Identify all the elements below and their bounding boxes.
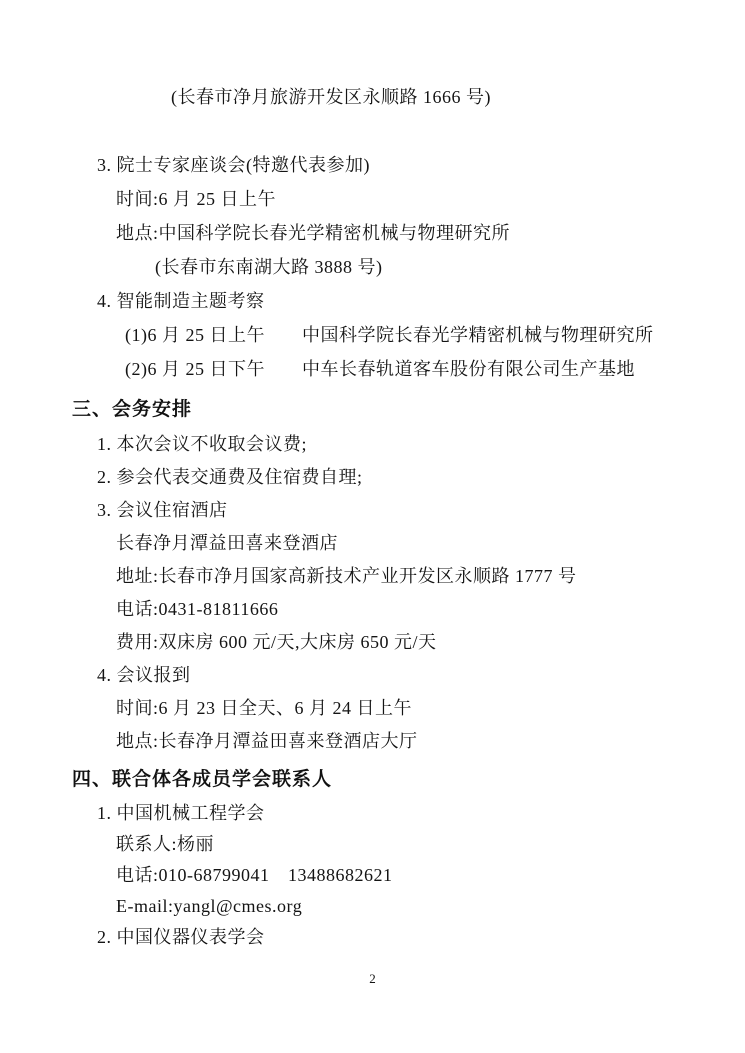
agenda-item-3-title: 3. 院士专家座谈会(特邀代表参加) xyxy=(75,148,690,182)
hotel-name: 长春净月潭益田喜来登酒店 xyxy=(75,527,690,560)
society-1-phone: 电话:010-68799041 13488682621 xyxy=(75,860,690,891)
agenda-item-4-visit-2: (2)6 月 25 日下午 中车长春轨道客车股份有限公司生产基地 xyxy=(75,352,690,386)
page-number: 2 xyxy=(0,971,745,987)
agenda-section: (长春市净月旅游开发区永顺路 1666 号) 3. 院士专家座谈会(特邀代表参加… xyxy=(75,80,690,386)
page-body: (长春市净月旅游开发区永顺路 1666 号) 3. 院士专家座谈会(特邀代表参加… xyxy=(75,80,690,953)
document-page: (长春市净月旅游开发区永顺路 1666 号) 3. 院士专家座谈会(特邀代表参加… xyxy=(0,0,745,1053)
hotel-phone: 电话:0431-81811666 xyxy=(75,593,690,626)
checkin-place: 地点:长春净月潭益田喜来登酒店大厅 xyxy=(75,725,690,758)
section-4-heading: 四、联合体各成员学会联系人 xyxy=(72,762,690,798)
agenda-item-4-title: 4. 智能制造主题考察 xyxy=(75,284,690,318)
section-3-heading: 三、会务安排 xyxy=(72,392,690,428)
hotel-rates: 费用:双床房 600 元/天,大床房 650 元/天 xyxy=(75,626,690,659)
agenda-item-3-place: 地点:中国科学院长春光学精密机械与物理研究所 xyxy=(75,216,690,250)
agenda-item-3-place-address: (长春市东南湖大路 3888 号) xyxy=(75,250,690,284)
hotel-item-title: 3. 会议住宿酒店 xyxy=(75,494,690,527)
society-1-email: E-mail:yangl@cmes.org xyxy=(75,891,690,922)
venue-address-continuation: (长春市净月旅游开发区永顺路 1666 号) xyxy=(75,80,690,114)
checkin-time: 时间:6 月 23 日全天、6 月 24 日上午 xyxy=(75,692,690,725)
blank-line xyxy=(75,114,690,148)
society-2-name: 2. 中国仪器仪表学会 xyxy=(75,922,690,953)
no-fee-note: 1. 本次会议不收取会议费; xyxy=(75,428,690,461)
agenda-item-4-visit-1: (1)6 月 25 日上午 中国科学院长春光学精密机械与物理研究所 xyxy=(75,318,690,352)
section-meeting-arrangements: 三、会务安排 1. 本次会议不收取会议费; 2. 参会代表交通费及住宿费自理; … xyxy=(75,392,690,758)
travel-expense-note: 2. 参会代表交通费及住宿费自理; xyxy=(75,461,690,494)
section-member-society-contacts: 四、联合体各成员学会联系人 1. 中国机械工程学会 联系人:杨丽 电话:010-… xyxy=(75,762,690,953)
agenda-item-3-time: 时间:6 月 25 日上午 xyxy=(75,182,690,216)
hotel-address: 地址:长春市净月国家高新技术产业开发区永顺路 1777 号 xyxy=(75,560,690,593)
checkin-item-title: 4. 会议报到 xyxy=(75,659,690,692)
society-1-contact: 联系人:杨丽 xyxy=(75,829,690,860)
society-1-name: 1. 中国机械工程学会 xyxy=(75,798,690,829)
